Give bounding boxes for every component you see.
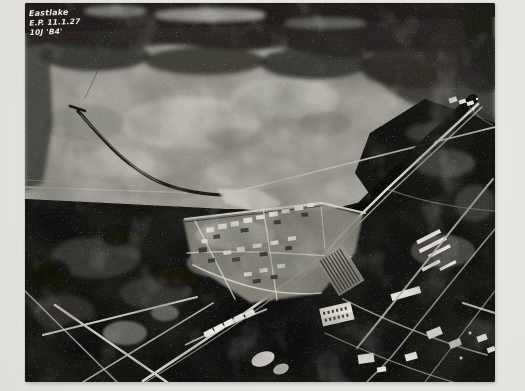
aerial-photo-scene: Eastlake E.P. 11.1.27 10J 'B4' (25, 3, 495, 382)
photo-grain (25, 3, 495, 382)
photo-mount-card: Eastlake E.P. 11.1.27 10J 'B4' (0, 0, 525, 391)
aerial-photograph: Eastlake E.P. 11.1.27 10J 'B4' (25, 3, 495, 382)
